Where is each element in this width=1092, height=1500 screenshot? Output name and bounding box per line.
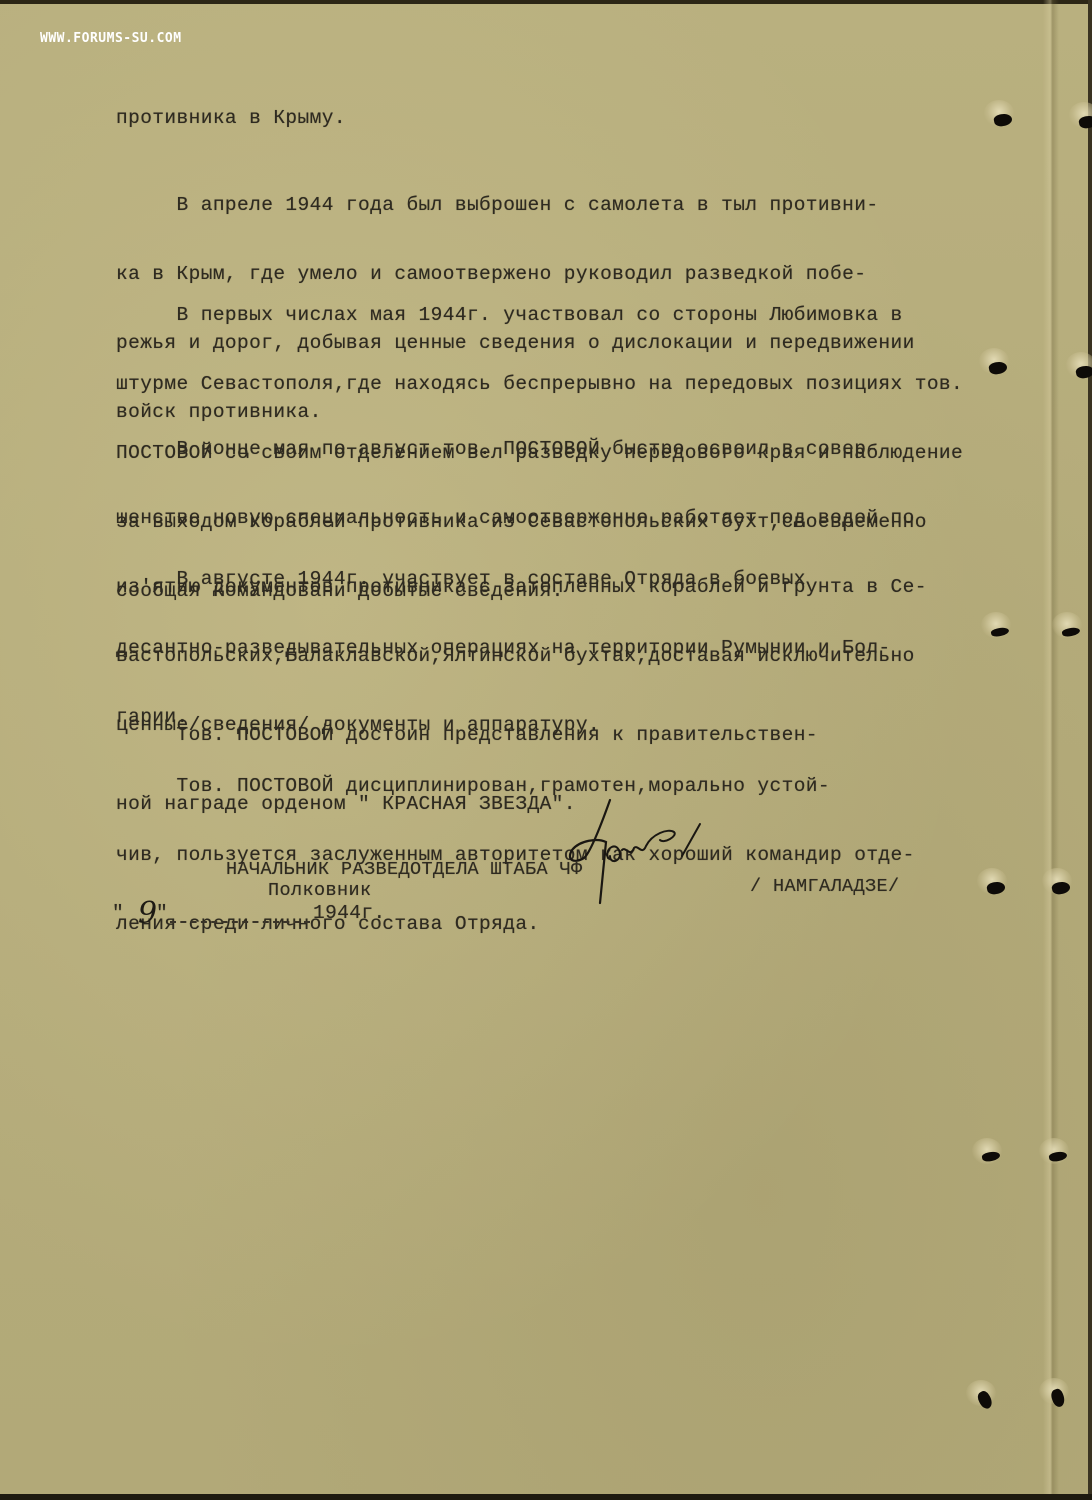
opening-line: противника в Крыму.: [116, 107, 346, 130]
punch-hole-icon: [990, 110, 1016, 132]
date-day-handwritten: 9: [138, 896, 157, 931]
text-line: десантно-разведывательных операциях на т…: [116, 637, 915, 660]
punch-hole-icon: [1045, 1148, 1071, 1170]
site-watermark: WWW.FORUMS-SU.COM: [40, 31, 182, 46]
page-fold: [1043, 0, 1059, 1500]
handwritten-signature-icon: [560, 798, 750, 908]
punch-hole-icon: [1075, 112, 1092, 134]
punch-hole-icon: [978, 1148, 1004, 1170]
text-line: В апреле 1944 года был выброшен с самоле…: [116, 194, 915, 217]
date-close-quote: ": [156, 902, 168, 925]
date-year: 1944г.: [313, 902, 386, 925]
punch-hole-icon: [1072, 362, 1092, 384]
scan-bottom-edge: [0, 1494, 1092, 1500]
punch-hole-icon: [983, 878, 1009, 900]
text-line: Тов. ПОСТОВОЙ достоин представления к пр…: [116, 724, 818, 747]
text-line: В августе 1944г. участвует в составе Отр…: [116, 568, 915, 591]
signatory-name-block: / НАМГАЛАДЗЕ/: [750, 829, 900, 921]
punch-hole-icon: [1048, 878, 1074, 900]
punch-hole-icon: [987, 622, 1013, 644]
signatory-rank: Полковник: [268, 879, 372, 902]
text-line: В конце мая по август тов. ПОСТОВОЙ быст…: [116, 438, 927, 461]
signatory-name: / НАМГАЛАДЗЕ/: [750, 875, 900, 898]
date-month-blank: [170, 921, 310, 923]
text-line: В первых числах мая 1944г. участвовал со…: [116, 304, 963, 327]
scan-right-edge: [1088, 0, 1092, 1500]
punch-hole-icon: [985, 358, 1011, 380]
punch-hole-icon: [1045, 1388, 1071, 1410]
punch-hole-icon: [972, 1390, 998, 1412]
date-open-quote: ": [112, 902, 124, 925]
punch-hole-icon: [1058, 622, 1084, 644]
